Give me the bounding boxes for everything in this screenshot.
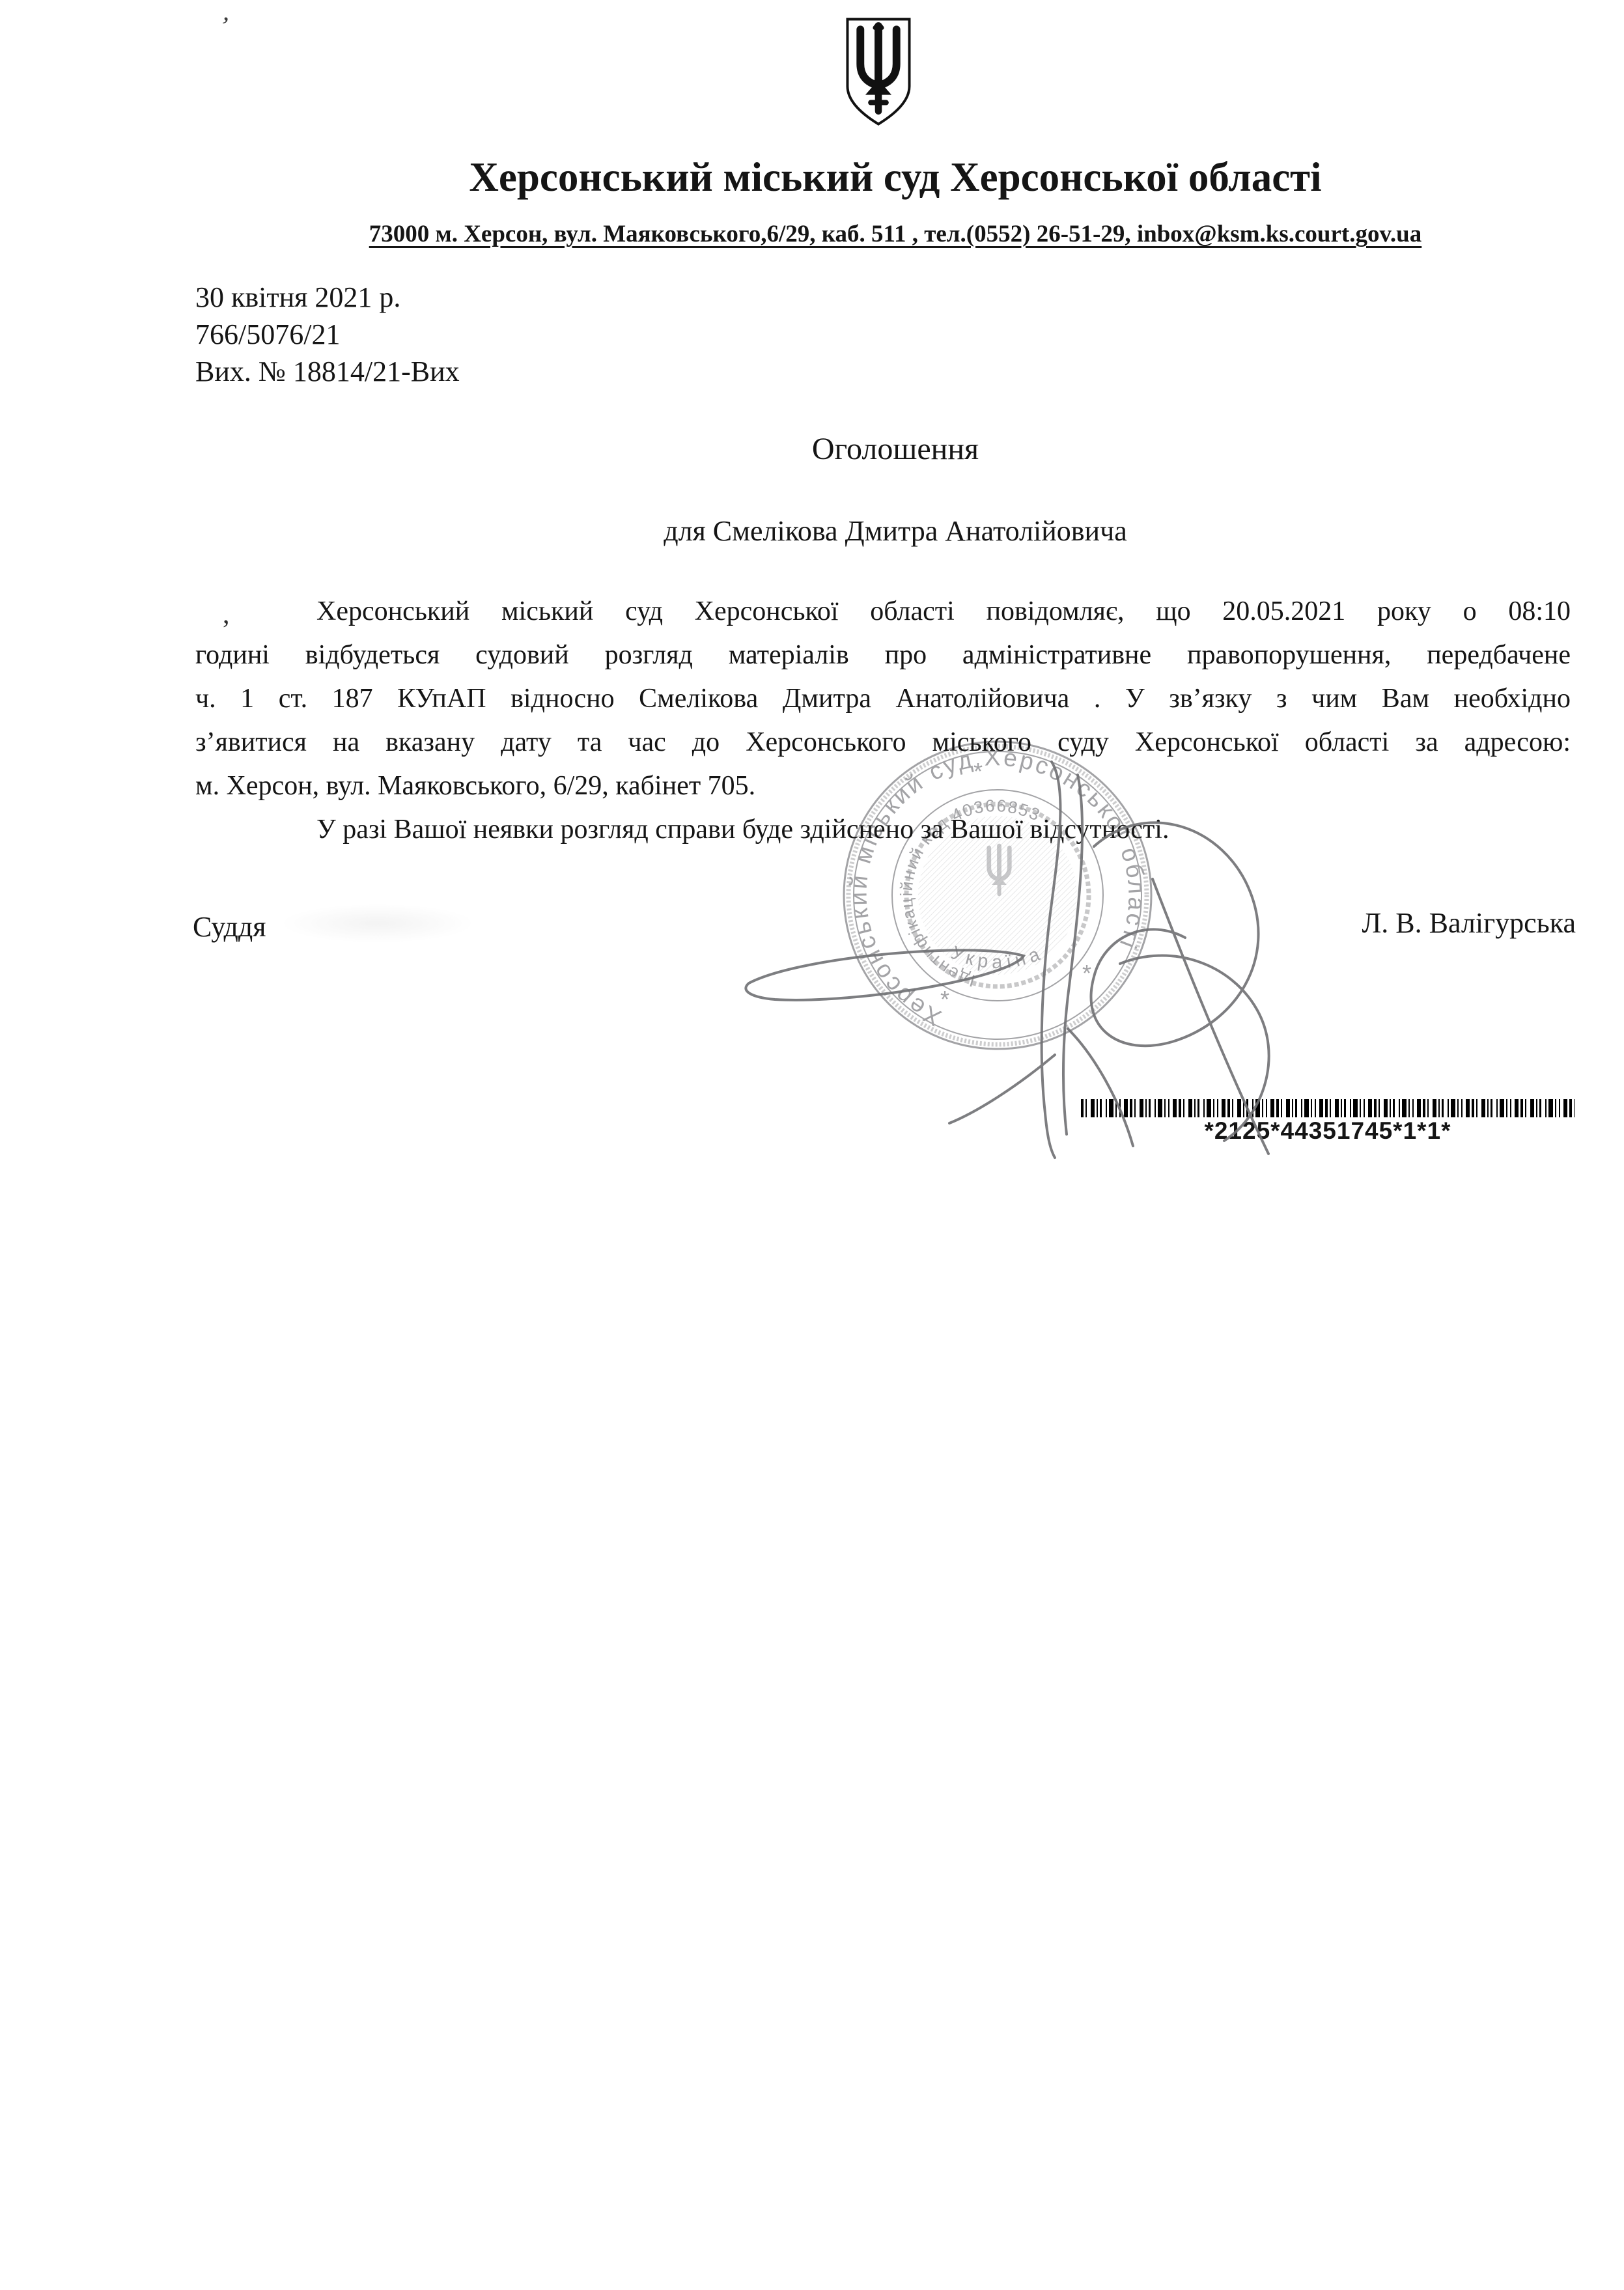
body-line: годині відбудеться судовий розгляд матер… xyxy=(195,634,1571,677)
scan-smudge xyxy=(280,904,475,943)
body-line: ч. 1 ст. 187 КУпАП відносно Смелікова Дм… xyxy=(195,677,1571,721)
document-meta-block: 30 квітня 2021 р. 766/5076/21 Вих. № 188… xyxy=(195,279,460,390)
scan-artifact-mark: ʼ xyxy=(217,10,232,42)
addressee-line: для Смелікова Дмитра Анатолійовича xyxy=(195,514,1595,548)
judge-label: Суддя xyxy=(193,910,266,943)
case-number: 766/5076/21 xyxy=(195,316,460,353)
trident-emblem-icon xyxy=(835,16,921,128)
scan-artifact-comma: , xyxy=(223,599,230,630)
court-name-heading: Херсонський міський суд Херсонської обла… xyxy=(195,154,1595,201)
scanned-court-document: { "header": { "court_name": "Херсонський… xyxy=(0,0,1624,2290)
document-title: Оголошення xyxy=(195,431,1595,467)
judge-signature xyxy=(703,749,1367,1172)
body-line: Херсонський міський суд Херсонської обла… xyxy=(195,590,1571,634)
court-address-line: 73000 м. Херсон, вул. Маяковського,6/29,… xyxy=(195,220,1595,248)
outgoing-number: Вих. № 18814/21-Вих xyxy=(195,353,460,390)
document-date: 30 квітня 2021 р. xyxy=(195,279,460,316)
